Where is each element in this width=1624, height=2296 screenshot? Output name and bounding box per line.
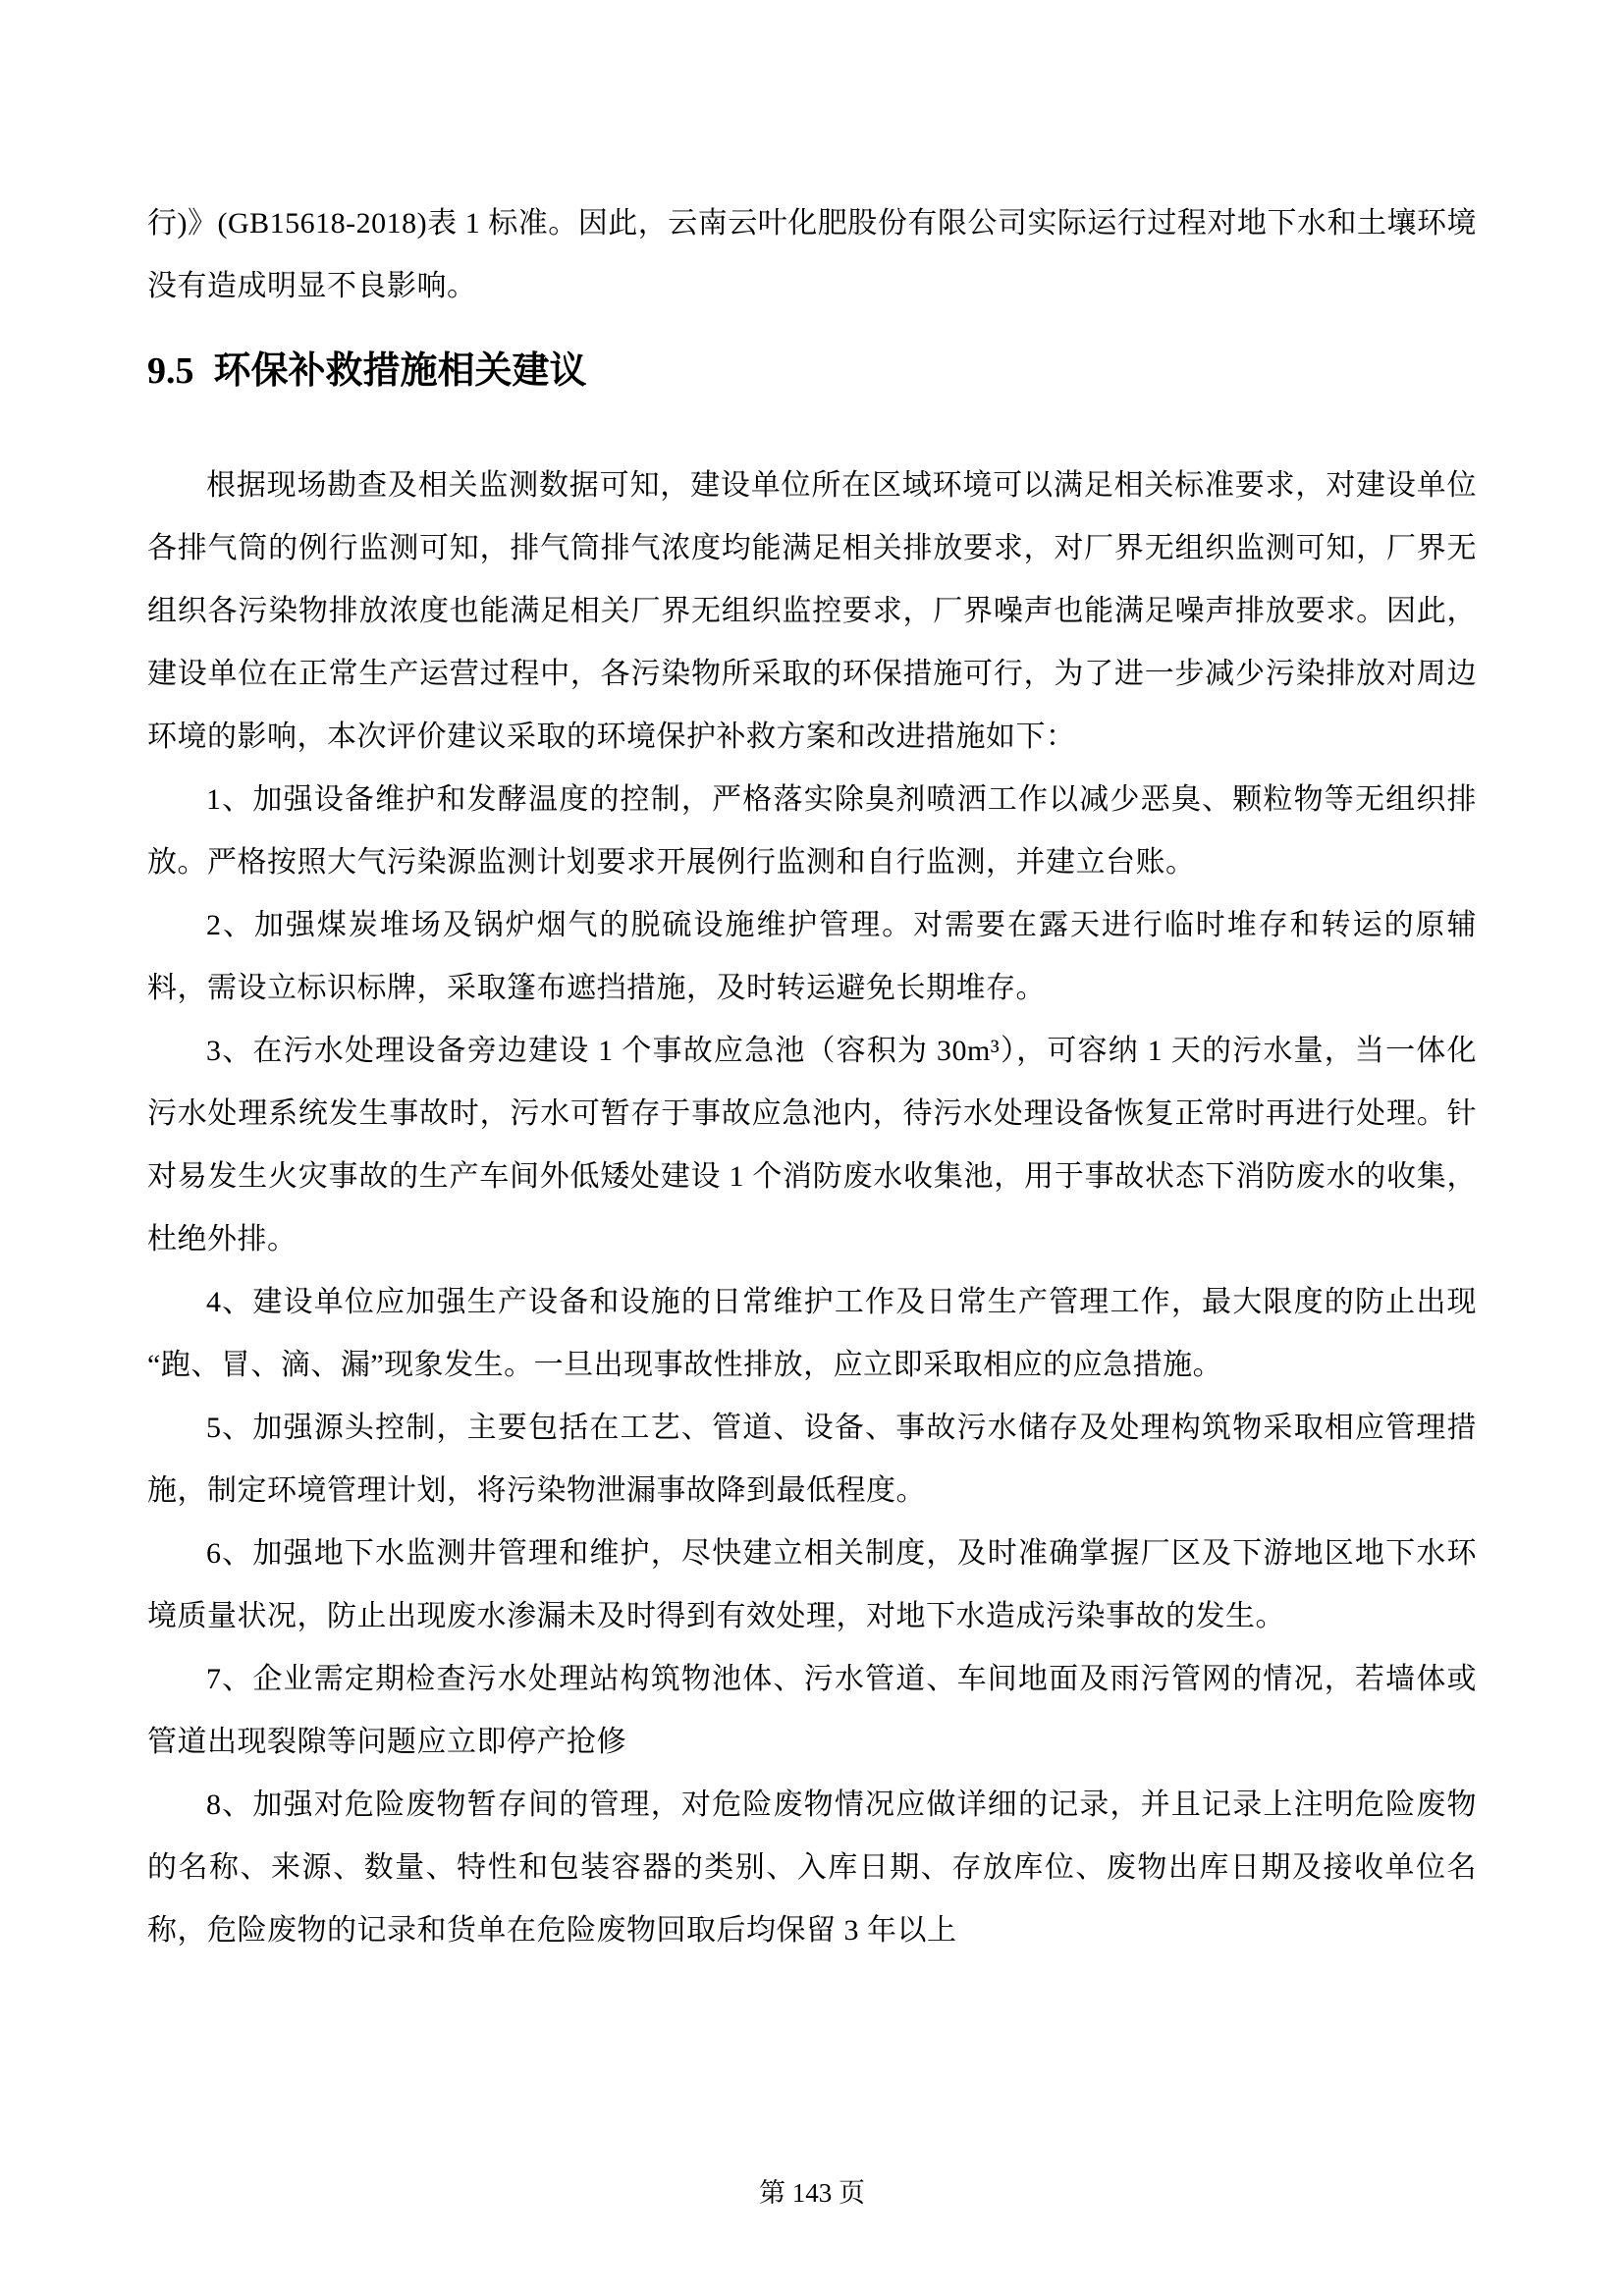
section-heading: 9.5环保补救措施相关建议 xyxy=(147,347,1477,395)
page-footer: 第 143 页 xyxy=(0,2177,1624,2210)
document-page: 行)》(GB15618-2018)表 1 标准。因此，云南云叶化肥股份有限公司实… xyxy=(0,0,1624,2296)
section-heading-title: 环保补救措施相关建议 xyxy=(214,350,587,392)
paragraph-overview: 根据现场勘查及相关监测数据可知，建设单位所在区域环境可以满足相关标准要求，对建设… xyxy=(147,454,1477,769)
paragraph-item-6: 6、加强地下水监测井管理和维护，尽快建立相关制度，及时准确掌握厂区及下游地区地下… xyxy=(147,1522,1477,1648)
paragraph-item-5: 5、加强源头控制，主要包括在工艺、管道、设备、事故污水储存及处理构筑物采取相应管… xyxy=(147,1397,1477,1522)
page-number: 第 143 页 xyxy=(759,2178,865,2208)
paragraph-item-4: 4、建设单位应加强生产设备和设施的日常维护工作及日常生产管理工作，最大限度的防止… xyxy=(147,1271,1477,1397)
paragraph-item-2: 2、加强煤炭堆场及锅炉烟气的脱硫设施维护管理。对需要在露天进行临时堆存和转运的原… xyxy=(147,894,1477,1020)
section-heading-number: 9.5 xyxy=(147,350,194,392)
paragraph-item-3: 3、在污水处理设备旁边建设 1 个事故应急池（容积为 30m³），可容纳 1 天… xyxy=(147,1020,1477,1271)
paragraph-item-8: 8、加强对危险废物暂存间的管理，对危险废物情况应做详细的记录，并且记录上注明危险… xyxy=(147,1774,1477,1962)
paragraph-item-7: 7、企业需定期检查污水处理站构筑物池体、污水管道、车间地面及雨污管网的情况，若墙… xyxy=(147,1648,1477,1774)
intro-paragraph: 行)》(GB15618-2018)表 1 标准。因此，云南云叶化肥股份有限公司实… xyxy=(147,192,1477,318)
paragraph-item-1: 1、加强设备维护和发酵温度的控制，严格落实除臭剂喷洒工作以减少恶臭、颗粒物等无组… xyxy=(147,769,1477,894)
